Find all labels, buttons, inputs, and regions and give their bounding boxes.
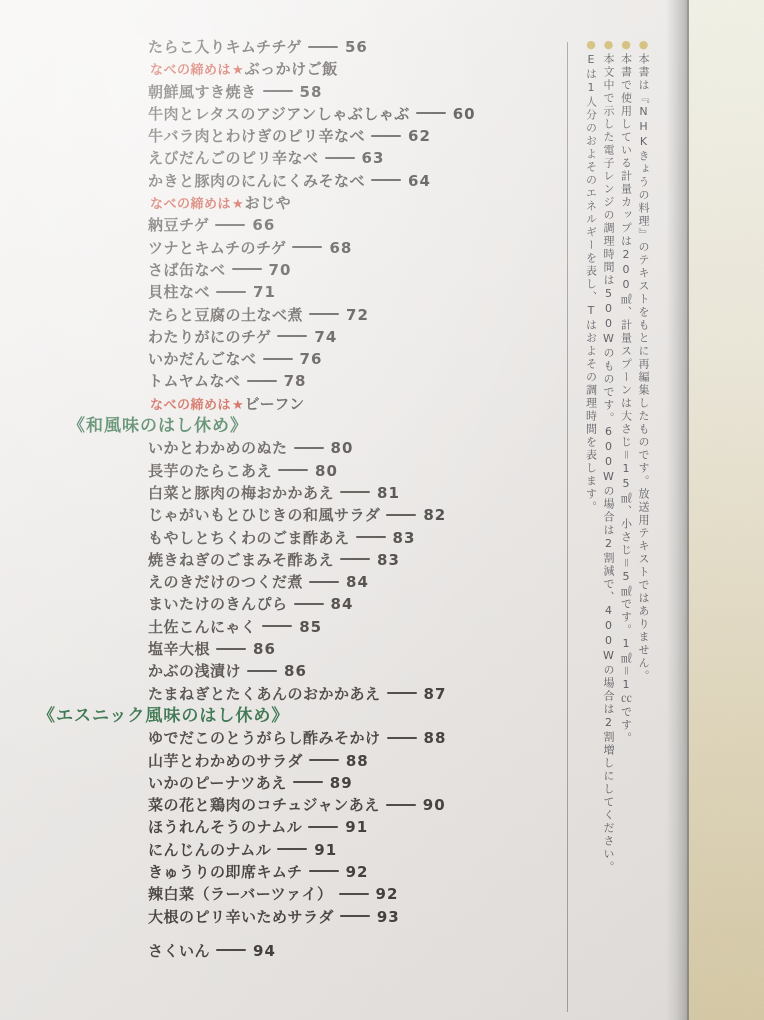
recipe-title: わたりがにのチゲ <box>148 328 271 346</box>
toc-recipe-row: いかとわかめのぬた80 <box>0 437 585 459</box>
shime-dish: ぶっかけご飯 <box>245 60 338 78</box>
toc-recipe-row: 納豆チゲ66 <box>0 214 585 236</box>
leader-line <box>308 826 338 828</box>
toc-recipe-row: 白菜と豚肉の梅おかかあえ81 <box>0 482 585 504</box>
recipe-title: 朝鮮風すき焼き <box>148 83 257 101</box>
leader-line <box>293 781 323 783</box>
toc-recipe-row: 土佐こんにゃく85 <box>0 616 585 638</box>
toc-recipe-row: えびだんごのピリ辛なべ63 <box>0 147 585 169</box>
recipe-title: 山芋とわかめのサラダ <box>148 752 303 770</box>
section-heading-label: 《エスニック風味のはし休め》 <box>38 706 289 726</box>
table-of-contents: たらこ入りキムチチゲ56なべの締めは★ぶっかけご飯朝鮮風すき焼き58牛肉とレタス… <box>0 36 585 962</box>
page-number: 80 <box>315 462 338 480</box>
recipe-title: ほうれんそうのナムル <box>148 818 302 836</box>
recipe-title: たらと豆腐の土なべ煮 <box>148 306 303 324</box>
page-number: 82 <box>423 506 446 524</box>
leader-line <box>371 135 401 137</box>
leader-line <box>309 759 339 761</box>
page-number: 88 <box>346 752 369 770</box>
page-number: 86 <box>253 640 276 658</box>
page-number: 70 <box>269 261 292 279</box>
page-number: 58 <box>300 83 323 101</box>
page-number: 83 <box>377 551 400 569</box>
page-number: 89 <box>330 774 353 792</box>
recipe-title: かきと豚肉のにんにくみそなべ <box>148 172 365 190</box>
page-number: 93 <box>377 908 400 926</box>
toc-shime-note: なべの締めは★ぶっかけご飯 <box>0 58 585 80</box>
recipe-title: にんじんのナムル <box>148 841 271 859</box>
leader-line <box>294 447 324 449</box>
page-number: 60 <box>453 105 476 123</box>
toc-recipe-row: 焼きねぎのごまみそ酢あえ83 <box>0 549 585 571</box>
recipe-title: 菜の花と鶏肉のコチュジャンあえ <box>148 796 380 814</box>
toc-recipe-row: まいたけのきんぴら84 <box>0 593 585 615</box>
page-edge-line <box>687 0 689 1020</box>
shime-label: なべの締めは <box>150 197 231 212</box>
leader-line <box>277 335 307 337</box>
recipe-title: 貝柱なべ <box>148 283 210 301</box>
toc-recipe-row: たらと豆腐の土なべ煮72 <box>0 304 585 326</box>
leader-line <box>309 870 339 872</box>
recipe-title: 大根のピリ辛いためサラダ <box>148 908 334 926</box>
recipe-title: まいたけのきんぴら <box>148 595 288 613</box>
recipe-title: トムヤムなべ <box>148 372 241 390</box>
star-icon: ★ <box>232 63 244 78</box>
recipe-title: 納豆チゲ <box>148 216 209 234</box>
toc-recipe-row: 山芋とわかめのサラダ88 <box>0 750 585 772</box>
leader-line <box>262 625 292 627</box>
shime-label: なべの締めは <box>150 63 231 78</box>
recipe-title: いかのピーナツあえ <box>148 774 287 792</box>
leader-line <box>387 737 417 739</box>
shime-dish: おじや <box>245 194 292 212</box>
toc-recipe-row: さば缶なべ70 <box>0 259 585 281</box>
bullet-icon: ● <box>585 38 598 53</box>
leader-line <box>387 692 417 694</box>
page-number: 64 <box>408 172 431 190</box>
usage-note: ●本書は『NHKきょうの料理』のテキストをもとに再編集したものです。放送用テキス… <box>635 38 653 988</box>
page-number: 92 <box>376 885 399 903</box>
leader-line <box>247 670 277 672</box>
leader-line <box>340 491 370 493</box>
recipe-title: かぶの浅漬け <box>148 662 241 680</box>
toc-recipe-row: いかだんごなべ76 <box>0 348 585 370</box>
usage-notes: ●本書は『NHKきょうの料理』のテキストをもとに再編集したものです。放送用テキス… <box>576 38 652 988</box>
leader-line <box>339 893 369 895</box>
notes-divider-rule <box>567 42 568 1012</box>
carpet-background <box>688 0 764 1020</box>
page-number: 88 <box>424 729 447 747</box>
toc-recipe-row: 牛バラ肉とわけぎのピリ辛なべ62 <box>0 125 585 147</box>
toc-shime-note: なべの締めは★ビーフン <box>0 393 585 415</box>
page-number: 91 <box>345 818 368 836</box>
page-number: 87 <box>424 685 447 703</box>
leader-line <box>340 915 370 917</box>
toc-recipe-row: いかのピーナツあえ89 <box>0 772 585 794</box>
toc-section-heading: 《和風味のはし休め》 <box>0 415 585 437</box>
recipe-title: 牛肉とレタスのアジアンしゃぶしゃぶ <box>148 105 410 123</box>
bullet-icon: ● <box>637 38 650 53</box>
toc-recipe-row: ゆでだこのとうがらし酢みそかけ88 <box>0 727 585 749</box>
recipe-title: ツナとキムチのチゲ <box>148 239 286 257</box>
recipe-title: 土佐こんにゃく <box>148 618 256 636</box>
recipe-title: さくいん <box>148 942 210 960</box>
shime-dish: ビーフン <box>245 395 305 413</box>
recipe-title: じゃがいもとひじきの和風サラダ <box>148 506 380 524</box>
page-number: 62 <box>408 127 431 145</box>
recipe-title: たらこ入りキムチチゲ <box>148 38 302 56</box>
leader-line <box>309 581 339 583</box>
carpet-texture <box>688 0 764 1020</box>
book-page-photo: { "colors": { "text": "#46413d", "number… <box>0 0 764 1020</box>
recipe-title: 塩辛大根 <box>148 640 210 658</box>
recipe-title: ゆでだこのとうがらし酢みそかけ <box>148 729 381 747</box>
recipe-title: たまねぎとたくあんのおかかあえ <box>148 685 381 703</box>
page-number: 91 <box>314 841 337 859</box>
page-number: 76 <box>300 350 323 368</box>
page-number: 80 <box>331 439 354 457</box>
leader-line <box>386 514 416 516</box>
leader-line <box>356 536 386 538</box>
toc-recipe-row: 塩辛大根86 <box>0 638 585 660</box>
bullet-icon: ● <box>620 38 633 53</box>
leader-line <box>309 313 339 315</box>
recipe-title: 牛バラ肉とわけぎのピリ辛なべ <box>148 127 365 145</box>
leader-line <box>371 179 401 181</box>
recipe-title: さば缶なべ <box>148 261 226 279</box>
recipe-title: えびだんごのピリ辛なべ <box>148 149 319 167</box>
leader-line <box>216 949 246 951</box>
toc-recipe-row: 牛肉とレタスのアジアンしゃぶしゃぶ60 <box>0 103 585 125</box>
leader-line <box>216 291 246 293</box>
page-number: 90 <box>423 796 446 814</box>
leader-line <box>386 804 416 806</box>
toc-section-heading: 《エスニック風味のはし休め》 <box>0 705 585 727</box>
page-number: 84 <box>331 595 354 613</box>
page-number: 56 <box>345 38 368 56</box>
toc-recipe-row: さくいん94 <box>0 940 585 962</box>
recipe-title: 焼きねぎのごまみそ酢あえ <box>148 551 334 569</box>
shime-label: なべの締めは <box>150 398 231 413</box>
recipe-title: きゅうりの即席キムチ <box>148 863 303 881</box>
leader-line <box>247 380 277 382</box>
leader-line <box>340 558 370 560</box>
toc-recipe-row: たまねぎとたくあんのおかかあえ87 <box>0 683 585 705</box>
recipe-title: いかとわかめのぬた <box>148 439 288 457</box>
toc-recipe-row: かぶの浅漬け86 <box>0 660 585 682</box>
page-number: 71 <box>253 283 276 301</box>
page-number: 94 <box>253 942 276 960</box>
leader-line <box>278 469 308 471</box>
page-number: 83 <box>393 529 416 547</box>
leader-line <box>292 246 322 248</box>
page-number: 72 <box>346 306 369 324</box>
leader-line <box>416 112 446 114</box>
star-icon: ★ <box>232 197 244 212</box>
page-number: 74 <box>314 328 337 346</box>
leader-line <box>294 603 324 605</box>
leader-line <box>263 358 293 360</box>
toc-recipe-row: 大根のピリ辛いためサラダ93 <box>0 906 585 928</box>
recipe-title: もやしとちくわのごま酢あえ <box>148 529 350 547</box>
page-number: 85 <box>299 618 322 636</box>
toc-recipe-row: えのきだけのつくだ煮84 <box>0 571 585 593</box>
leader-line <box>277 848 307 850</box>
toc-recipe-row: 長芋のたらこあえ80 <box>0 460 585 482</box>
leader-line <box>216 648 246 650</box>
leader-line <box>215 224 245 226</box>
page-edge <box>666 0 688 1020</box>
recipe-title: いかだんごなべ <box>148 350 257 368</box>
toc-recipe-row: 菜の花と鶏肉のコチュジャンあえ90 <box>0 794 585 816</box>
page-number: 78 <box>284 372 307 390</box>
section-heading-label: 《和風味のはし休め》 <box>68 416 248 436</box>
page-number: 68 <box>329 239 352 257</box>
toc-recipe-row: 辣白菜（ラーバーツァイ）92 <box>0 883 585 905</box>
usage-note: ●本文中で示した電子レンジの調理時間は500Wのものです。600Wの場合は2割減… <box>600 38 618 988</box>
toc-recipe-row: 朝鮮風すき焼き58 <box>0 81 585 103</box>
toc-recipe-row: トムヤムなべ78 <box>0 370 585 392</box>
leader-line <box>232 268 262 270</box>
leader-line <box>263 90 293 92</box>
toc-shime-note: なべの締めは★おじや <box>0 192 585 214</box>
page-number: 63 <box>362 149 385 167</box>
page-number: 81 <box>377 484 400 502</box>
toc-recipe-row: じゃがいもとひじきの和風サラダ82 <box>0 504 585 526</box>
usage-note: ●本書で使用している計量カップは200㎖、計量スプーンは大さじ＝15㎖、小さじ＝… <box>617 38 635 988</box>
leader-line <box>308 46 338 48</box>
page-number: 92 <box>346 863 369 881</box>
recipe-title: えのきだけのつくだ煮 <box>148 573 303 591</box>
bullet-icon: ● <box>602 38 615 53</box>
usage-note: ●Eは1人分のおよそのエネルギーを表し、Tはおよその調理時間を表します。 <box>582 38 600 988</box>
page-number: 86 <box>284 662 307 680</box>
toc-recipe-row: かきと豚肉のにんにくみそなべ64 <box>0 170 585 192</box>
toc-recipe-row: 貝柱なべ71 <box>0 281 585 303</box>
recipe-title: 長芋のたらこあえ <box>148 462 272 480</box>
toc-recipe-row: たらこ入りキムチチゲ56 <box>0 36 585 58</box>
toc-recipe-row: きゅうりの即席キムチ92 <box>0 861 585 883</box>
toc-recipe-row: わたりがにのチゲ74 <box>0 326 585 348</box>
page-number: 66 <box>252 216 275 234</box>
recipe-title: 辣白菜（ラーバーツァイ） <box>148 885 333 903</box>
toc-recipe-row: もやしとちくわのごま酢あえ83 <box>0 527 585 549</box>
toc-recipe-row: ほうれんそうのナムル91 <box>0 816 585 838</box>
star-icon: ★ <box>232 398 244 413</box>
leader-line <box>325 157 355 159</box>
toc-recipe-row: ツナとキムチのチゲ68 <box>0 237 585 259</box>
page-number: 84 <box>346 573 369 591</box>
recipe-title: 白菜と豚肉の梅おかかあえ <box>148 484 334 502</box>
toc-recipe-row: にんじんのナムル91 <box>0 839 585 861</box>
